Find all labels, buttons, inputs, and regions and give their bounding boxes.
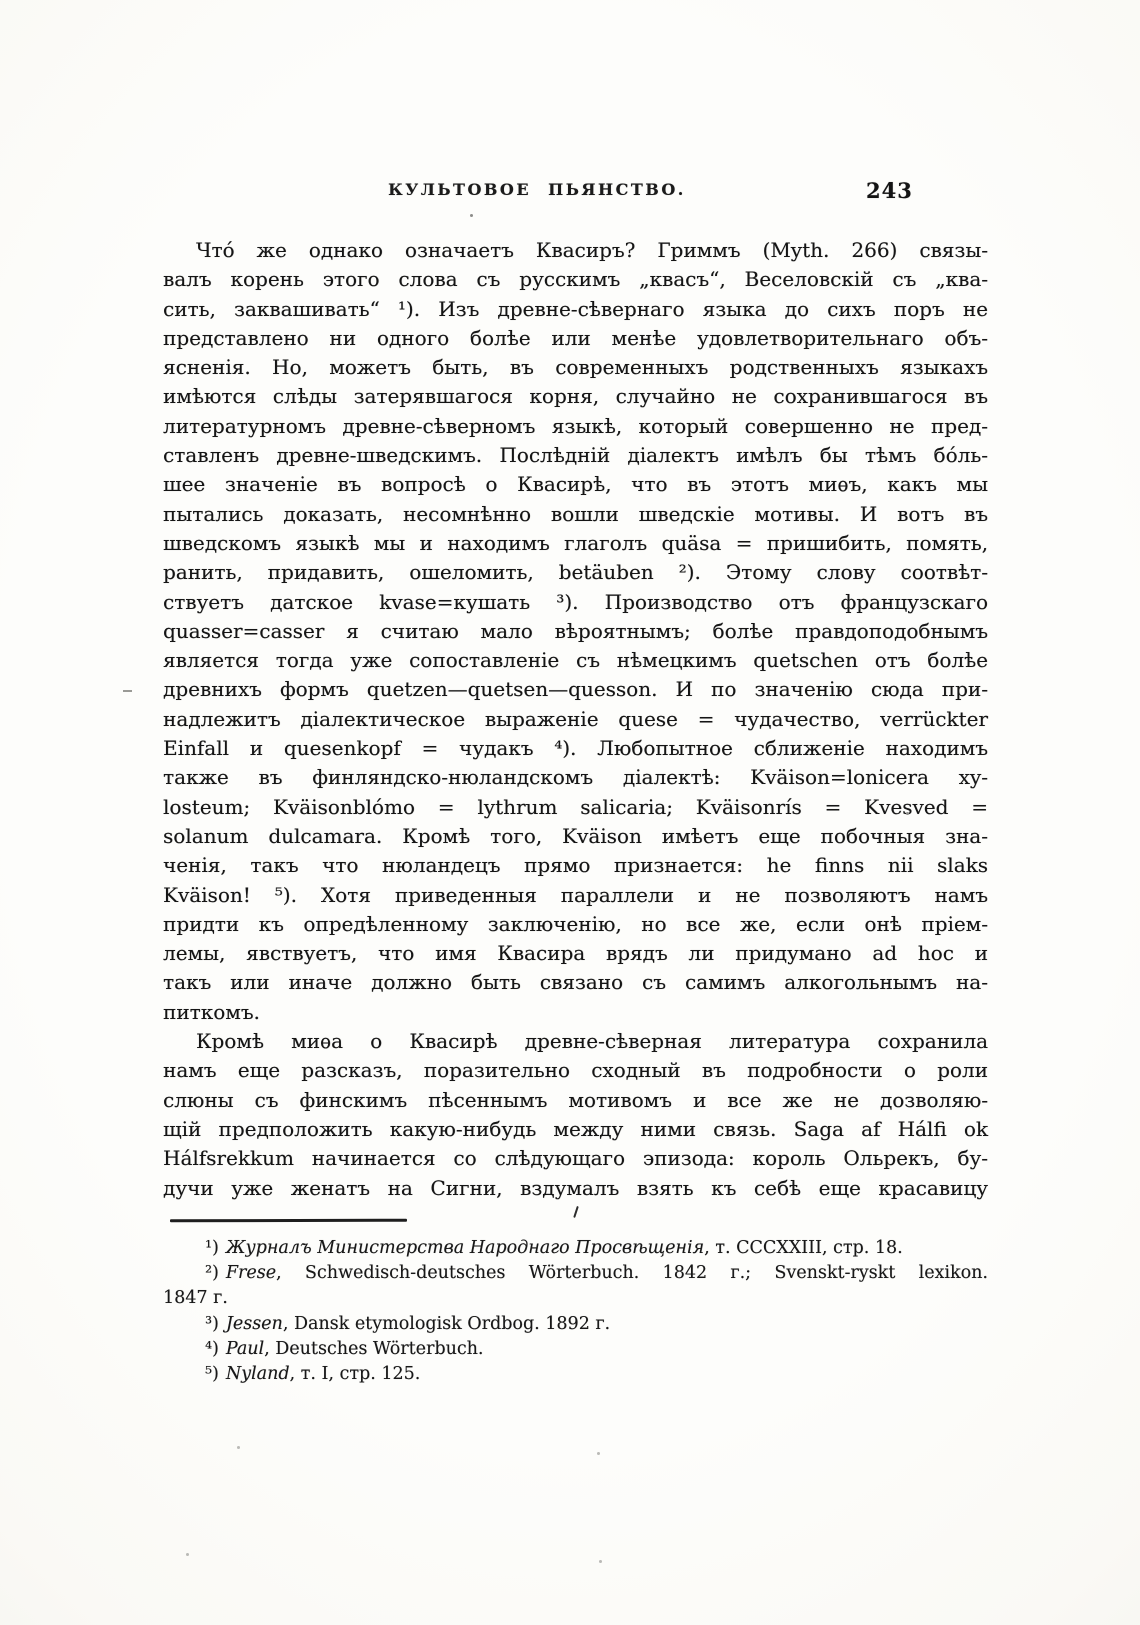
text-line: Einfall и quesenkopf = чудакъ ⁴). Любопы… xyxy=(163,734,988,763)
text-line: придти къ опредѣленному заключенію, но в… xyxy=(163,910,988,939)
text-line: щій предположить какую-нибудь между ними… xyxy=(163,1115,988,1144)
footnote-3-marker: ³) xyxy=(205,1314,219,1334)
footnote-5-marker: ⁵) xyxy=(205,1364,219,1384)
text-line: Кромѣ миѳа о Квасирѣ древне-сѣверная лит… xyxy=(163,1027,988,1056)
footnote-4-marker: ⁴) xyxy=(205,1339,219,1359)
scan-speck xyxy=(470,214,473,217)
text-line: Hálfsrekkum начинается со слѣдующаго эпи… xyxy=(163,1144,988,1173)
body-text: Чтó же однако означаетъ Квасиръ? Гриммъ … xyxy=(163,236,988,1203)
footnote-2-marker: ²) xyxy=(205,1263,219,1283)
footnote-4: ⁴)Paul, Deutsches Wörterbuch. xyxy=(163,1337,988,1362)
text-line: валъ корень этого слова съ русскимъ „ква… xyxy=(163,265,988,294)
text-line: solanum dulcamara. Кромѣ того, Kväison и… xyxy=(163,822,988,851)
footnotes-block: ¹)Журналъ Министерства Народнаго Просвѣщ… xyxy=(163,1236,988,1387)
footnote-1-text: , т. CCCXXIII, стр. 18. xyxy=(704,1238,903,1258)
text-line: надлежитъ діалектическое выраженіе quese… xyxy=(163,705,988,734)
text-line: Kväison! ⁵). Хотя приведенныя параллели … xyxy=(163,881,988,910)
scan-speck xyxy=(597,1452,600,1455)
text-line: древнихъ формъ quetzen—quetsen—quesson. … xyxy=(163,675,988,704)
text-line: ствуетъ датское kvase=кушать ³). Произво… xyxy=(163,588,988,617)
paragraph-saga-story: Кромѣ миѳа о Квасирѣ древне-сѣверная лит… xyxy=(163,1027,988,1203)
paragraph-kvasir-etymology: Чтó же однако означаетъ Квасиръ? Гриммъ … xyxy=(163,236,988,1027)
scan-artifact-dash xyxy=(123,690,132,692)
text-line: дучи уже женатъ на Сигни, вздумалъ взять… xyxy=(163,1174,988,1203)
footnote-2-continuation: 1847 г. xyxy=(163,1286,988,1311)
text-line: шведскомъ языкѣ мы и находимъ глаголъ qu… xyxy=(163,529,988,558)
text-line: ранить, придавить, ошеломить, betäuben ²… xyxy=(163,558,988,587)
text-line: ченія, такъ что нюландецъ прямо признает… xyxy=(163,851,988,880)
footnote-2: ²)Frese, Schwedisch-deutsches Wörterbuch… xyxy=(163,1261,988,1286)
text-line: литературномъ древне-сѣверномъ языкѣ, ко… xyxy=(163,412,988,441)
footnote-5-source: Nyland xyxy=(226,1364,290,1384)
text-line: имѣются слѣды затерявшагося корня, случа… xyxy=(163,382,988,411)
footnote-1: ¹)Журналъ Министерства Народнаго Просвѣщ… xyxy=(163,1236,988,1261)
footnote-5: ⁵)Nyland, т. I, стр. 125. xyxy=(163,1362,988,1387)
text-line: ясненія. Но, можетъ быть, въ современных… xyxy=(163,353,988,382)
scan-speck xyxy=(906,812,909,815)
text-line: пытались доказать, несомнѣнно вошли швед… xyxy=(163,500,988,529)
scan-speck xyxy=(186,1553,189,1556)
footnote-5-text: , т. I, стр. 125. xyxy=(290,1364,421,1384)
scan-artifact-stroke xyxy=(573,1206,579,1218)
scan-speck xyxy=(599,1560,602,1563)
text-line: представлено ни одного болѣе или менѣе у… xyxy=(163,324,988,353)
text-line: слюны съ финскимъ пѣсеннымъ мотивомъ и в… xyxy=(163,1086,988,1115)
text-line: является тогда уже сопоставленіе съ нѣме… xyxy=(163,646,988,675)
footnote-2-text: , Schwedisch-deutsches Wörterbuch. 1842 … xyxy=(276,1263,988,1283)
text-line: такъ или иначе должно быть связано съ са… xyxy=(163,968,988,997)
text-line: ставленъ древне-шведскимъ. Послѣдній діа… xyxy=(163,441,988,470)
running-head: КУЛЬТОВОЕ ПЬЯНСТВО. 243 xyxy=(163,178,988,208)
text-line: лемы, явствуетъ, что имя Квасира врядъ л… xyxy=(163,939,988,968)
running-header-title: КУЛЬТОВОЕ ПЬЯНСТВО. xyxy=(163,180,911,199)
footnote-3-source: Jessen xyxy=(226,1314,283,1334)
scan-speck xyxy=(237,1446,240,1449)
text-line: сить, заквашивать“ ¹). Изъ древне-сѣверн… xyxy=(163,295,988,324)
footnote-4-text: , Deutsches Wörterbuch. xyxy=(264,1339,483,1359)
text-line: намъ еще разсказъ, поразительно сходный … xyxy=(163,1056,988,1085)
page-number: 243 xyxy=(866,178,913,203)
footnote-3: ³)Jessen, Dansk etymologisk Ordbog. 1892… xyxy=(163,1312,988,1337)
text-line: шее значеніе въ вопросѣ о Квасирѣ, что в… xyxy=(163,470,988,499)
footnote-4-source: Paul xyxy=(226,1339,264,1359)
footnote-separator-rule xyxy=(170,1219,407,1223)
footnote-3-text: , Dansk etymologisk Ordbog. 1892 г. xyxy=(283,1314,610,1334)
text-line: также въ финляндско-нюландскомъ діалектѣ… xyxy=(163,763,988,792)
text-line: Чтó же однако означаетъ Квасиръ? Гриммъ … xyxy=(163,236,988,265)
text-line: losteum; Kväisonblómo = lythrum salicari… xyxy=(163,793,988,822)
text-line: питкомъ. xyxy=(163,998,988,1027)
scanned-book-page: КУЛЬТОВОЕ ПЬЯНСТВО. 243 Чтó же однако оз… xyxy=(0,0,1140,1625)
footnote-1-marker: ¹) xyxy=(205,1238,219,1258)
footnote-1-source: Журналъ Министерства Народнаго Просвѣщен… xyxy=(226,1238,704,1258)
text-line: quasser=casser я считаю мало вѣроятнымъ;… xyxy=(163,617,988,646)
footnote-2-source: Frese xyxy=(226,1263,276,1283)
